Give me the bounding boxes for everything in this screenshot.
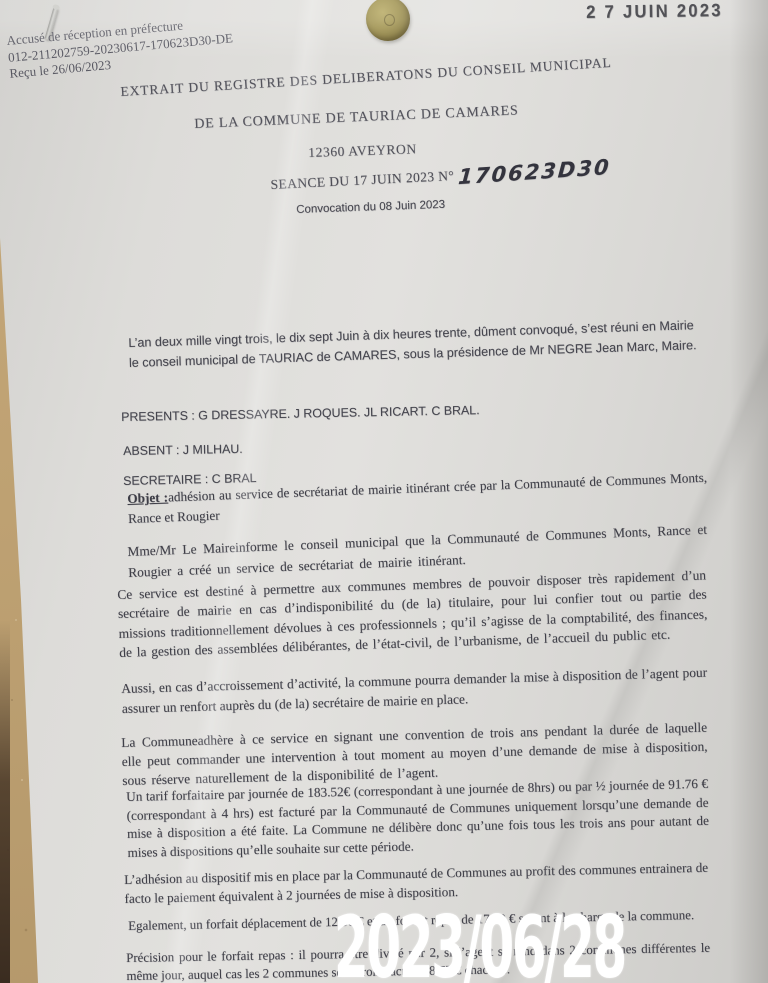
absent-line: ABSENT : J MILHAU.: [123, 442, 243, 458]
board-edge-shadow: [0, 620, 10, 983]
photo-of-pinned-document: { "colors": { "board": "#bfa273", "paper…: [0, 0, 768, 983]
seance-text: SEANCE DU 17 JUIN 2023 N°: [270, 168, 454, 192]
camera-timestamp-overlay: 2023/06/28: [334, 905, 625, 983]
objet-label: Objet :: [127, 490, 168, 506]
date-received-stamp: 2 7 JUIN 2023: [586, 0, 723, 23]
paragraph-tarif: Un tarif forfaitaire par journée de 183.…: [126, 775, 710, 863]
